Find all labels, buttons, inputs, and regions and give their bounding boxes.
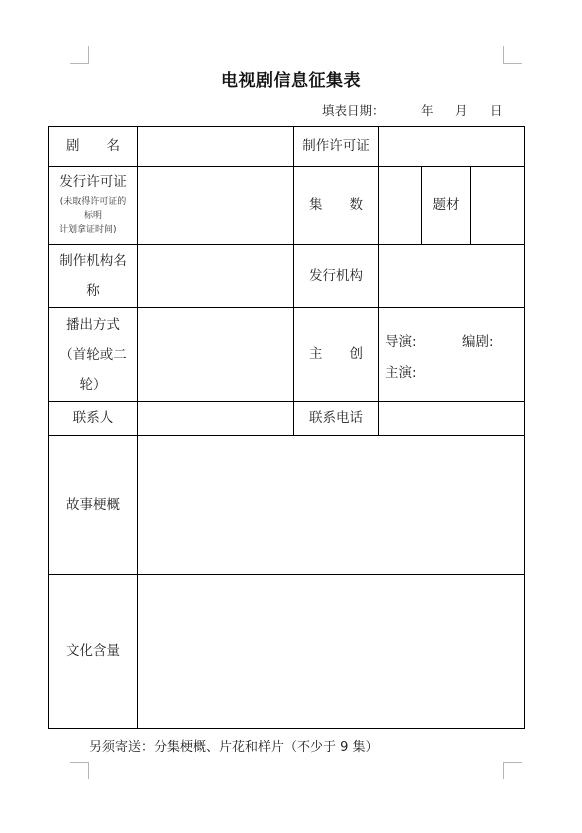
label-drama-name: 剧 名 [49, 127, 137, 166]
label-broadcast-mode: 播出方式 （首轮或二 轮） [49, 308, 137, 401]
production-company-field[interactable] [138, 245, 293, 307]
label-synopsis: 故事梗概 [49, 436, 137, 574]
genre-field[interactable] [471, 167, 524, 244]
corner-mark-top-right [503, 46, 504, 63]
corner-mark-top-right [503, 63, 522, 64]
label-distribution-license: 发行许可证 (未取得许可证的 标明 计划拿证时间) [49, 167, 137, 244]
label-lead-actors: 主演: [385, 361, 417, 381]
broadcast-mode-field[interactable] [138, 308, 293, 401]
fill-date-label: 填表日期： [322, 101, 385, 119]
info-table: 剧 名 制作许可证 发行许可证 (未取得许可证的 标明 计划拿证时间) 集 数 … [48, 126, 525, 729]
fill-date-year: 年 [421, 101, 434, 119]
distribution-license-field[interactable] [138, 167, 293, 244]
page-title: 电视剧信息征集表 [0, 66, 582, 91]
corner-mark-top-left [88, 46, 89, 63]
label-episode-count: 集 数 [294, 167, 378, 244]
label-cultural-content: 文化含量 [49, 575, 137, 728]
license-note: (未取得许可证的 [60, 195, 127, 209]
label-main-creators: 主 创 [294, 308, 378, 401]
label-director: 导演: [385, 330, 417, 350]
main-creators-field[interactable]: 导演: 编剧: 主演: [379, 308, 524, 401]
production-license-field[interactable] [379, 127, 524, 166]
episode-count-field[interactable] [379, 167, 421, 244]
corner-mark-bottom-right [503, 762, 522, 763]
label-production-company: 制作机构名 称 [49, 245, 137, 307]
fill-date-month: 月 [455, 101, 468, 119]
corner-mark-top-left [70, 63, 89, 64]
corner-mark-bottom-left [70, 762, 89, 763]
label-genre: 题材 [422, 167, 470, 244]
contact-phone-field[interactable] [379, 402, 524, 435]
label-writer: 编剧: [462, 330, 494, 350]
footnote: 另须寄送：分集梗概、片花和样片（不少于 9 集） [89, 736, 379, 755]
label-contact-person: 联系人 [49, 402, 137, 435]
distributor-field[interactable] [379, 245, 524, 307]
label-contact-phone: 联系电话 [294, 402, 378, 435]
cultural-content-field[interactable] [138, 575, 524, 728]
label-distributor: 发行机构 [294, 245, 378, 307]
drama-name-field[interactable] [138, 127, 293, 166]
fill-date-day: 日 [490, 101, 503, 119]
label-production-license: 制作许可证 [294, 127, 378, 166]
corner-mark-bottom-left [88, 762, 89, 779]
contact-person-field[interactable] [138, 402, 293, 435]
synopsis-field[interactable] [138, 436, 524, 574]
corner-mark-bottom-right [503, 762, 504, 779]
